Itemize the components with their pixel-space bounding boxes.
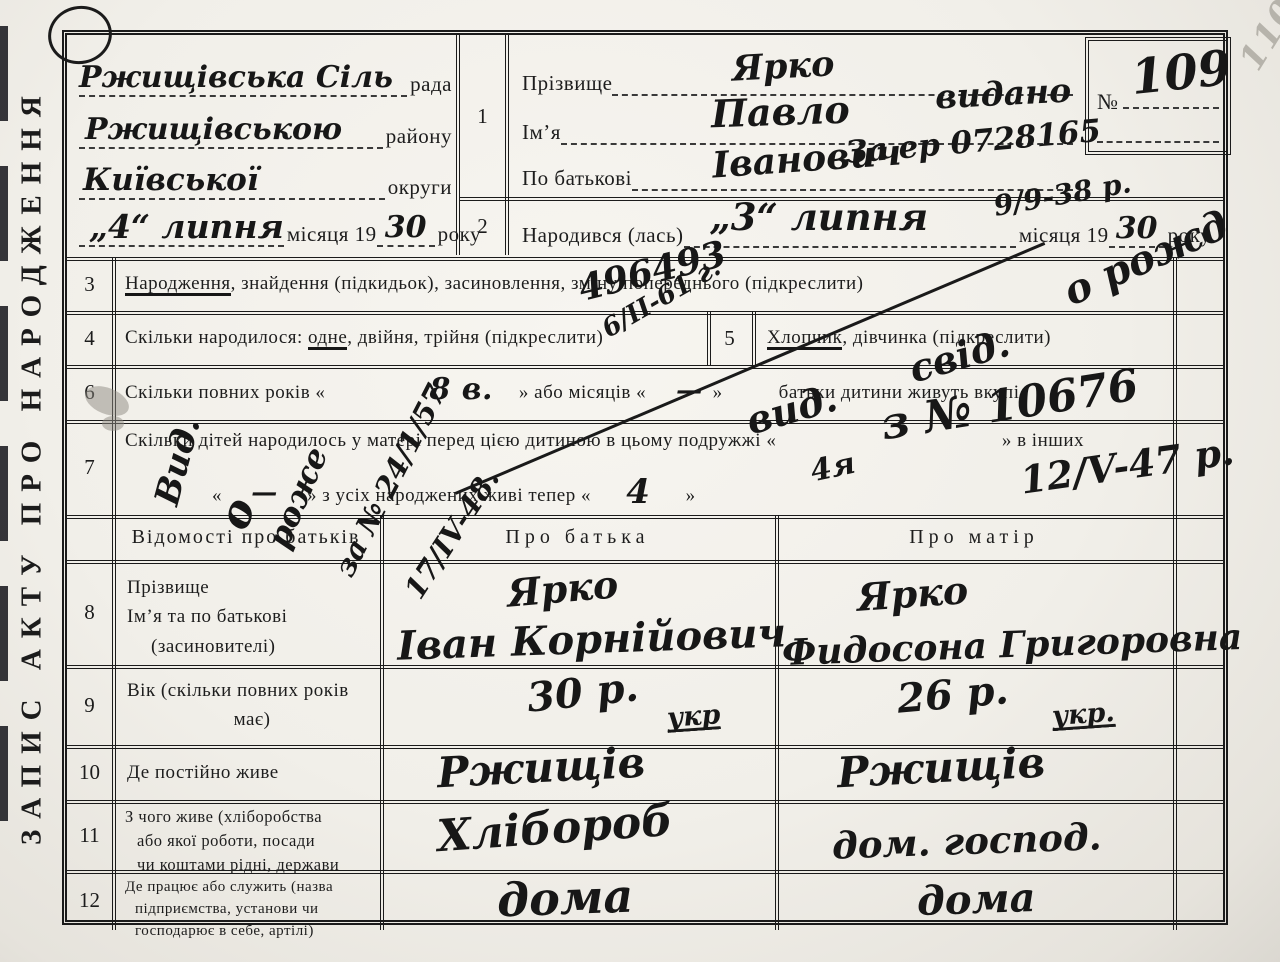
row7-line2-text: » з усіх народжених живі тепер « — [307, 485, 591, 506]
okruha-label: округи — [388, 175, 452, 200]
name-label: Ім’я — [522, 120, 561, 145]
record-number-box: № 109 — [1085, 37, 1231, 155]
table-label-column-divider — [380, 515, 384, 930]
vertical-form-title: ЗАПИС АКТУ ПРО НАРОДЖЕННЯ — [10, 158, 54, 773]
row10-number: 10 — [67, 745, 112, 800]
top-left-block: Ржищівська Сіль рада Ржищівською району … — [67, 35, 460, 255]
row7-line1-text: Скільки дітей народилось у матері перед … — [125, 430, 776, 451]
row8-label-line3: (засиновителі) — [127, 632, 377, 661]
row-number-column-divider — [112, 257, 116, 930]
row7-line1-close: » в інших — [1002, 430, 1084, 451]
birth-day-handwriting: „3“ липня — [710, 199, 929, 236]
rule-row8 — [67, 560, 1223, 564]
birth-date-line: Народився (лась) „3“ липня місяця 19 30 … — [522, 207, 1211, 248]
row7-number: 7 — [67, 420, 112, 515]
mother-workplace-handwriting: дома — [916, 878, 1036, 922]
record-day-handwriting: „4“ липня — [89, 210, 284, 243]
surname-handwriting: Ярко — [732, 46, 836, 86]
rule-row9 — [67, 665, 1223, 669]
annotation-right-5: 4я — [808, 449, 858, 488]
row11-label-line1: З чого живе (хліборобства — [125, 805, 380, 829]
number-rule-2 — [1097, 141, 1219, 143]
row11-label-line3: чи коштами рідні, держави — [125, 853, 380, 877]
father-nationality-handwriting: укр — [666, 701, 721, 733]
council-label: рада — [410, 72, 452, 97]
row9-label: Вік (скільки повних років має) — [127, 677, 377, 734]
row11-label-line2: або якої роботи, посади — [125, 829, 380, 853]
row9-number: 9 — [67, 665, 112, 745]
row6-label-months: » або місяців « — [519, 382, 646, 404]
record-date-line: „4“ липня місяця 19 30 року — [79, 203, 452, 247]
council-handwriting: Ржищівська Сіль — [79, 63, 393, 93]
district-handwriting: Ржищівською — [85, 115, 342, 145]
row4-number: 4 — [67, 311, 112, 365]
father-occupation-handwriting: Хлібороб — [436, 799, 675, 859]
mother-residence-handwriting: Ржищів — [836, 742, 1046, 795]
mother-occupation-handwriting: дом. господ. — [831, 818, 1102, 864]
row12-label-line3: господарює в себе, артілі) — [125, 921, 380, 943]
row4-underlined-term: одне — [308, 327, 347, 350]
record-number-value: 109 — [1129, 44, 1234, 102]
father-residence-handwriting: Ржищів — [436, 742, 646, 795]
row7-alive-handwriting: 4 — [626, 475, 650, 509]
row4-prefix: Скільки народилося: — [125, 327, 308, 348]
father-surname-handwriting: Ярко — [506, 565, 620, 613]
born-label: Народився (лась) — [522, 223, 684, 248]
row8-label-line2: Ім’я та по батькові — [127, 602, 377, 631]
row3-number: 3 — [67, 257, 112, 311]
district-line: Ржищівською району — [79, 115, 452, 149]
record-number-label: № — [1097, 89, 1119, 115]
row8-number: 8 — [67, 560, 112, 665]
row11-number: 11 — [67, 800, 112, 870]
okruha-line: Київської округи — [79, 165, 452, 200]
row12-label-line2: підприємства, установи чи — [125, 899, 380, 921]
row3-underlined-term: Народження — [125, 273, 231, 296]
issued-word-handwriting: видано — [934, 73, 1072, 113]
row1-number: 1 — [460, 35, 505, 197]
ink-smudge-small — [102, 416, 124, 431]
row4-rest: , двійня, трійня (підкреслити) — [347, 327, 603, 348]
surname-label: Прізвище — [522, 71, 612, 96]
row7-line2: « — » з усіх народжених живі тепер « 4 » — [212, 473, 1157, 507]
patronymic-label: По батькові — [522, 166, 632, 191]
name-handwriting: Павло — [710, 91, 850, 134]
father-age-handwriting: 30 р. — [525, 667, 640, 718]
okruha-handwriting: Київської — [83, 165, 259, 196]
number-rule-1 — [1123, 107, 1219, 109]
row8-label-line1: Прізвище — [127, 573, 377, 602]
row2-number: 2 — [460, 197, 505, 255]
mother-age-handwriting: 26 р. — [895, 670, 1010, 720]
scanned-birth-record: ЗАПИС АКТУ ПРО НАРОДЖЕННЯ Ржищівська Сіл… — [0, 0, 1280, 962]
scan-edge-artifact — [0, 26, 8, 858]
pencil-margin-number: 110 — [1234, 0, 1280, 76]
row11-label: З чого живе (хліборобства або якої робот… — [125, 805, 380, 877]
month-label: місяця 19 — [287, 222, 377, 247]
row9-label-line1: Вік (скільки повних років — [127, 677, 377, 706]
council-line: Ржищівська Сіль рада — [79, 63, 452, 97]
row12-label-line1: Де працює або служить (назва — [125, 877, 380, 899]
row12-label: Де працює або служить (назва підприємств… — [125, 877, 380, 942]
row6-label-years: Скільки повних років « — [125, 382, 325, 404]
mother-surname-handwriting: Ярко — [856, 571, 970, 617]
row3-rest: , знайдення (підкидьок), засиновлення, з… — [231, 273, 864, 294]
row8-label: Прізвище Ім’я та по батькові (засиновите… — [127, 573, 377, 661]
table-father-mother-divider — [775, 515, 779, 930]
row5-number: 5 — [707, 311, 752, 365]
district-label: району — [386, 124, 452, 149]
mother-nationality-handwriting: укр. — [1051, 699, 1116, 731]
right-margin-column-divider — [1173, 257, 1177, 930]
record-year-handwriting: 30 — [385, 213, 427, 243]
row7-line1: Скільки дітей народилось у матері перед … — [125, 430, 1157, 452]
row-number-column-divider-top — [505, 35, 509, 255]
father-workplace-handwriting: дома — [496, 873, 634, 924]
table-header-mother: Про матір — [775, 515, 1173, 560]
birth-month-label: місяця 19 — [1019, 223, 1109, 248]
row10-label: Де постійно живе — [127, 745, 377, 800]
father-name-handwriting: Іван Корнійович — [396, 613, 786, 667]
row12-number: 12 — [67, 870, 112, 930]
row9-label-line2: має) — [127, 706, 377, 735]
row7-quote-close: » — [686, 485, 696, 506]
row5-cell-right-border — [752, 311, 756, 365]
